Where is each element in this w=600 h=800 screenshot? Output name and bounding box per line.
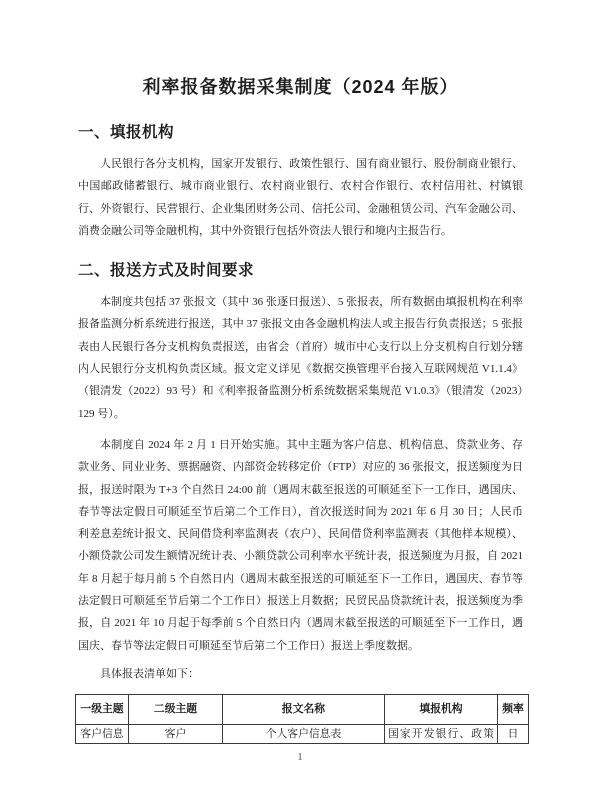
table-header-frequency: 频率 (498, 695, 529, 725)
document-page: { "document": { "title": "利率报备数据采集制度（202… (0, 0, 600, 800)
report-list-table: 一级主题 二级主题 报文名称 填报机构 频率 客户信息 客户 个人客户信息表 国… (75, 694, 529, 744)
section-2-paragraph-1: 本制度共包括 37 张报文（其中 36 张逐日报送）、5 张报表，所有数据由填报… (78, 291, 523, 425)
cell-reporting-institution: 国家开发银行、政策 (385, 725, 498, 744)
cell-topic-level2: 客户 (129, 725, 223, 744)
cell-topic-level1: 客户信息 (76, 725, 129, 744)
cell-frequency: 日 (498, 725, 529, 744)
table-header-row: 一级主题 二级主题 报文名称 填报机构 频率 (76, 695, 529, 725)
cell-report-name: 个人客户信息表 (223, 725, 385, 744)
document-title: 利率报备数据采集制度（2024 年版） (78, 0, 523, 100)
table-header-topic-level1: 一级主题 (76, 695, 129, 725)
table-header-report-name: 报文名称 (223, 695, 385, 725)
table-row: 客户信息 客户 个人客户信息表 国家开发银行、政策 日 (76, 725, 529, 744)
page-number: 1 (0, 752, 600, 763)
section-2-paragraph-2: 本制度自 2024 年 2 月 1 日开始实施。其中主题为客户信息、机构信息、贷… (78, 434, 523, 657)
table-header-topic-level2: 二级主题 (129, 695, 223, 725)
section-1-paragraph: 人民银行各分支机构，国家开发银行、政策性银行、国有商业银行、股份制商业银行、中国… (78, 153, 523, 242)
document-body: 利率报备数据采集制度（2024 年版） 一、填报机构 人民银行各分支机构，国家开… (0, 0, 600, 744)
section-2-heading: 二、报送方式及时间要求 (78, 261, 523, 281)
table-intro-line: 具体报表清单如下： (78, 663, 523, 685)
section-1-heading: 一、填报机构 (78, 123, 523, 143)
table-header-reporting-institution: 填报机构 (385, 695, 498, 725)
